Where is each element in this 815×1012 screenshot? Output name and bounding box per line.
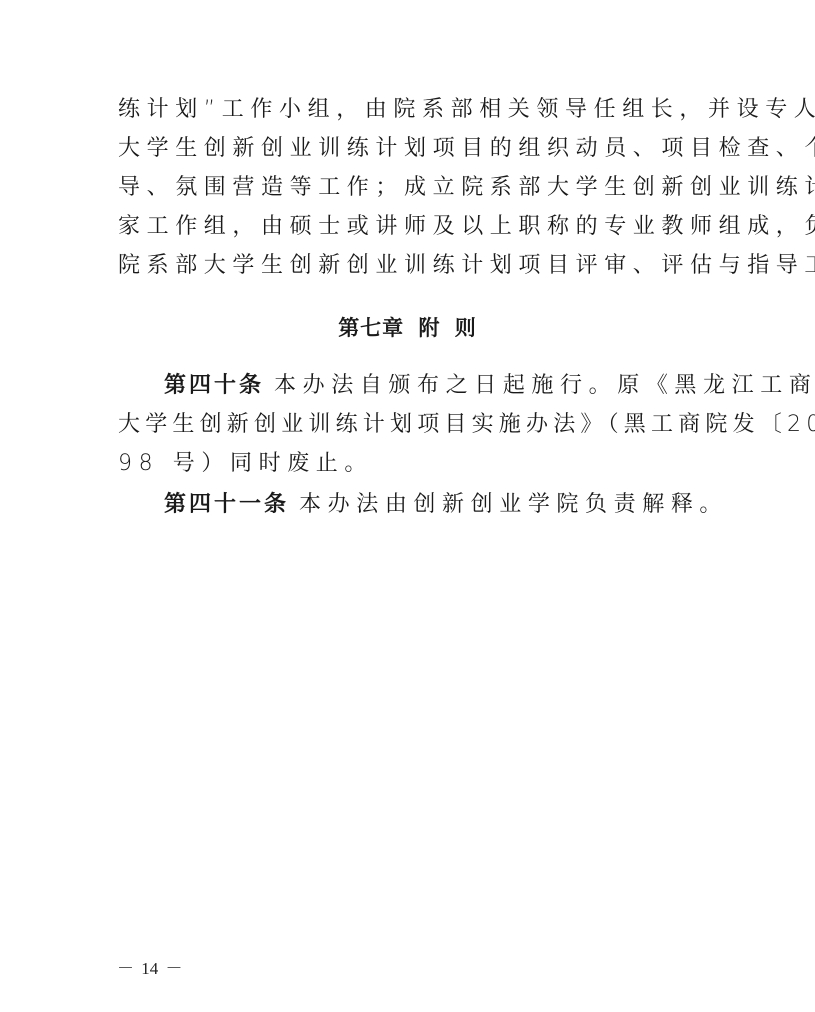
article-line: 98 号）同时废止。 xyxy=(118,450,700,478)
chapter-title: 第七章 附 则 xyxy=(0,314,815,342)
document-page: 练计划”工作小组，由院系部相关领导任组长，并设专人负责 大学生创新创业训练计划项… xyxy=(0,0,815,1012)
page-number: － 14 － xyxy=(117,958,183,980)
article-text: 本办法自颁布之日起施行。原《黑龙江工商学院 xyxy=(274,373,815,398)
paragraph-line: 家工作组，由硕士或讲师及以上职称的专业教师组成，负责本 xyxy=(118,213,700,241)
article-line: 大学生创新创业训练计划项目实施办法》（黑工商院发〔2017〕 xyxy=(118,411,700,439)
article-text: 本办法由创新创业学院负责解释。 xyxy=(299,492,728,517)
article-first-line: 第四十条本办法自颁布之日起施行。原《黑龙江工商学院 xyxy=(164,372,700,400)
paragraph-line: 练计划”工作小组，由院系部相关领导任组长，并设专人负责 xyxy=(118,96,700,124)
paragraph-line: 导、氛围营造等工作；成立院系部大学生创新创业训练计划专 xyxy=(118,174,700,202)
paragraph-line: 院系部大学生创新创业训练计划项目评审、评估与指导工作。 xyxy=(118,252,700,280)
article-number: 第四十条 xyxy=(164,373,264,398)
article-number: 第四十一条 xyxy=(164,492,289,517)
paragraph-line: 大学生创新创业训练计划项目的组织动员、项目检查、个性指 xyxy=(118,135,700,163)
article-first-line: 第四十一条本办法由创新创业学院负责解释。 xyxy=(164,491,700,519)
